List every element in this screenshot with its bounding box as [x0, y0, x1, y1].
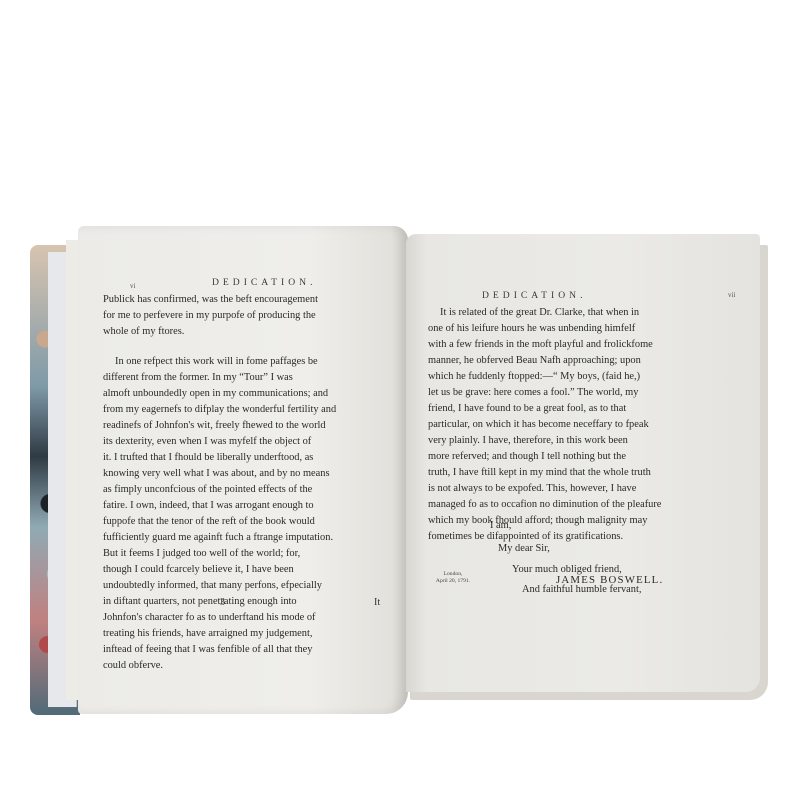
left-running-head: DEDICATION. [212, 277, 317, 288]
text-line: manner, he obferved Beau Nafh approachin… [428, 353, 634, 369]
text-line: for me to perfevere in my purpofe of pro… [103, 308, 389, 324]
text-line: fuppofe that the tenor of the reft of th… [103, 514, 389, 530]
text-line: truth, I have ftill kept in my mind that… [428, 465, 634, 481]
text-line: as fimply unconfcious of the pointed eff… [103, 482, 389, 498]
text-line: whole of my ftores. [103, 324, 389, 340]
text-line: very plainly. I have, therefore, in this… [428, 433, 634, 449]
text-line: inftead of feeing that I was fenfible of… [103, 642, 389, 658]
text-line: could obferve. [103, 658, 389, 674]
text-line: in diftant quarters, not penetrating eno… [103, 594, 389, 610]
text-line: let us be grave: here comes a fool.” The… [428, 385, 634, 401]
date: April 20, 1791. [430, 578, 476, 585]
text-line: particular, on which it has become necef… [428, 417, 634, 433]
text-line: treating his friends, have arraigned my … [103, 626, 389, 642]
text-line: one of his leifure hours he was unbendin… [428, 321, 634, 337]
text-line: which my book fhould afford; though mali… [428, 513, 634, 529]
closing-salutation: My dear Sir, [498, 543, 550, 554]
text-line: is not always to be expofed. This, howev… [428, 481, 634, 497]
text-line: managed fo as to occafion no diminution … [428, 497, 634, 513]
text-line: readinefs of Johnfon's wit, freely fhewe… [103, 418, 389, 434]
text-line: But it feems I judged too well of the wo… [103, 546, 389, 562]
catchword: It [374, 597, 380, 608]
text-line: from my eagernefs to difplay the wonderf… [103, 402, 389, 418]
right-page-number: vii [728, 291, 735, 299]
right-page: DEDICATION. vii It is related of the gre… [406, 234, 760, 692]
text-line: its dexterity, even when I was myfelf th… [103, 434, 389, 450]
text-line: undoubtedly informed, that many perfons,… [103, 578, 389, 594]
left-page-number: vi [130, 282, 135, 290]
text-line: friend, I have found to be a great fool,… [428, 401, 634, 417]
text-line: fatire. I own, indeed, that I was arroga… [103, 498, 389, 514]
right-page-body: It is related of the great Dr. Clarke, t… [428, 305, 634, 545]
author-signature: JAMES BOSWELL. [556, 574, 663, 586]
place: London, [430, 571, 476, 578]
text-line: with a few friends in the moft playful a… [428, 337, 634, 353]
text-line: In one refpect this work will in fome pa… [103, 354, 389, 370]
closing-i-am: I am, [490, 520, 511, 531]
text-line: fufficiently guard me againft fuch a ftr… [103, 530, 389, 546]
signature-mark: 3 [220, 597, 225, 608]
text-line: knowing very well what I was about, and … [103, 466, 389, 482]
text-line: almoft unboundedly open in my communicat… [103, 386, 389, 402]
right-running-head: DEDICATION. [482, 290, 587, 301]
left-page-body: Publick has confirmed, was the beft enco… [103, 292, 389, 674]
text-line: Publick has confirmed, was the beft enco… [103, 292, 389, 308]
text-line: though I could fcarcely believe it, I ha… [103, 562, 389, 578]
place-and-date: London, April 20, 1791. [430, 571, 476, 585]
text-line: more referved; and though I tell nothing… [428, 449, 634, 465]
left-page: vi DEDICATION. Publick has confirmed, wa… [78, 226, 408, 714]
text-line: it. I trufted that I fhould be liberally… [103, 450, 389, 466]
text-line: Johnfon's character fo as to underftand … [103, 610, 389, 626]
text-line: which he fuddenly ftopped:—“ My boys, (f… [428, 369, 634, 385]
open-book: vi DEDICATION. Publick has confirmed, wa… [0, 0, 800, 800]
text-line: different from the former. In my “Tour” … [103, 370, 389, 386]
text-line: It is related of the great Dr. Clarke, t… [428, 305, 634, 321]
